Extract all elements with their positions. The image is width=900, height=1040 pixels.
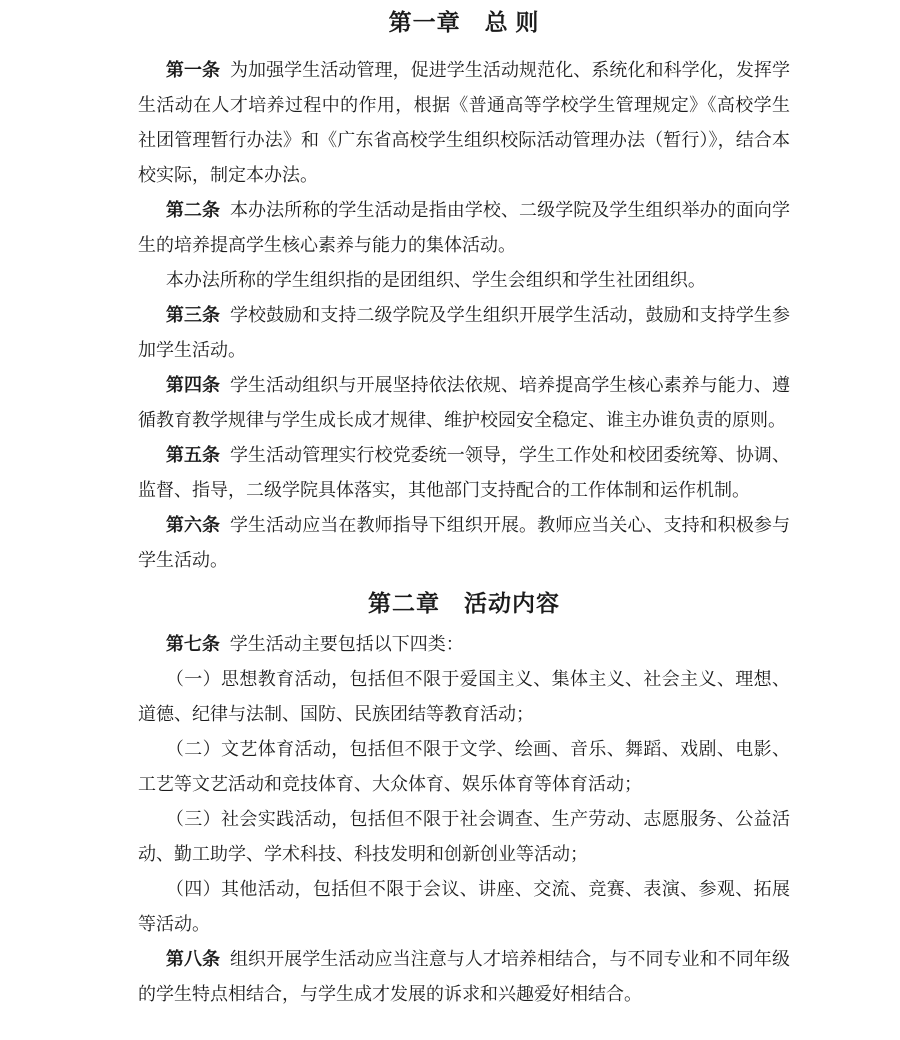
article-text: （一）思想教育活动，包括但不限于爱国主义、集体主义、社会主义、理想、道德、纪律与… — [138, 669, 790, 724]
article-text: 组织开展学生活动应当注意与人才培养相结合，与不同专业和不同年级的学生特点相结合，… — [138, 949, 790, 1004]
article-text: 本办法所称的学生组织指的是团组织、学生会组织和学生社团组织。 — [166, 270, 706, 290]
article-text: 学生活动组织与开展坚持依法依规、培养提高学生核心素养与能力、遵循教育教学规律与学… — [138, 375, 790, 430]
ch2-list-item-1: （一）思想教育活动，包括但不限于爱国主义、集体主义、社会主义、理想、道德、纪律与… — [138, 662, 790, 732]
article-number: 第三条 — [166, 305, 220, 325]
ch1-article-2-continuation: 本办法所称的学生组织指的是团组织、学生会组织和学生社团组织。 — [138, 263, 790, 298]
ch2-list-item-3: （三）社会实践活动，包括但不限于社会调查、生产劳动、志愿服务、公益活动、勤工助学… — [138, 802, 790, 872]
article-text: 本办法所称的学生活动是指由学校、二级学院及学生组织举办的面向学生的培养提高学生核… — [138, 200, 790, 255]
ch2-list-item-2: （二）文艺体育活动，包括但不限于文学、绘画、音乐、舞蹈、戏剧、电影、工艺等文艺活… — [138, 732, 790, 802]
article-number: 第四条 — [166, 375, 220, 395]
article-number: 第七条 — [166, 634, 220, 654]
document-page: 第一章 总 则 第一条为加强学生活动管理，促进学生活动规范化、系统化和科学化，发… — [138, 0, 790, 1012]
article-number: 第五条 — [166, 445, 220, 465]
chapter-2-title: 第二章 活动内容 — [138, 587, 790, 621]
chapter-1-title: 第一章 总 则 — [138, 6, 790, 40]
ch1-article-5: 第五条学生活动管理实行校党委统一领导，学生工作处和校团委统筹、协调、监督、指导，… — [138, 438, 790, 508]
article-text: 学生活动管理实行校党委统一领导，学生工作处和校团委统筹、协调、监督、指导，二级学… — [138, 445, 790, 500]
ch2-article-7: 第七条学生活动主要包括以下四类： — [138, 627, 790, 662]
article-text: 学生活动应当在教师指导下组织开展。教师应当关心、支持和积极参与学生活动。 — [138, 515, 790, 570]
article-number: 第六条 — [166, 515, 220, 535]
ch1-article-4: 第四条学生活动组织与开展坚持依法依规、培养提高学生核心素养与能力、遵循教育教学规… — [138, 368, 790, 438]
ch1-article-6: 第六条学生活动应当在教师指导下组织开展。教师应当关心、支持和积极参与学生活动。 — [138, 508, 790, 578]
article-text: 学校鼓励和支持二级学院及学生组织开展学生活动，鼓励和支持学生参加学生活动。 — [138, 305, 790, 360]
ch2-article-8: 第八条组织开展学生活动应当注意与人才培养相结合，与不同专业和不同年级的学生特点相… — [138, 942, 790, 1012]
article-number: 第八条 — [166, 949, 220, 969]
article-text: 学生活动主要包括以下四类： — [230, 634, 464, 654]
article-number: 第二条 — [166, 200, 220, 220]
ch2-list-item-4: （四）其他活动，包括但不限于会议、讲座、交流、竞赛、表演、参观、拓展等活动。 — [138, 872, 790, 942]
ch1-article-1: 第一条为加强学生活动管理，促进学生活动规范化、系统化和科学化，发挥学生活动在人才… — [138, 53, 790, 193]
ch1-article-3: 第三条学校鼓励和支持二级学院及学生组织开展学生活动，鼓励和支持学生参加学生活动。 — [138, 298, 790, 368]
article-text: 为加强学生活动管理，促进学生活动规范化、系统化和科学化，发挥学生活动在人才培养过… — [138, 60, 790, 185]
ch1-article-2: 第二条本办法所称的学生活动是指由学校、二级学院及学生组织举办的面向学生的培养提高… — [138, 193, 790, 263]
article-text: （四）其他活动，包括但不限于会议、讲座、交流、竞赛、表演、参观、拓展等活动。 — [138, 879, 790, 934]
article-number: 第一条 — [166, 60, 220, 80]
article-text: （二）文艺体育活动，包括但不限于文学、绘画、音乐、舞蹈、戏剧、电影、工艺等文艺活… — [138, 739, 790, 794]
article-text: （三）社会实践活动，包括但不限于社会调查、生产劳动、志愿服务、公益活动、勤工助学… — [138, 809, 790, 864]
